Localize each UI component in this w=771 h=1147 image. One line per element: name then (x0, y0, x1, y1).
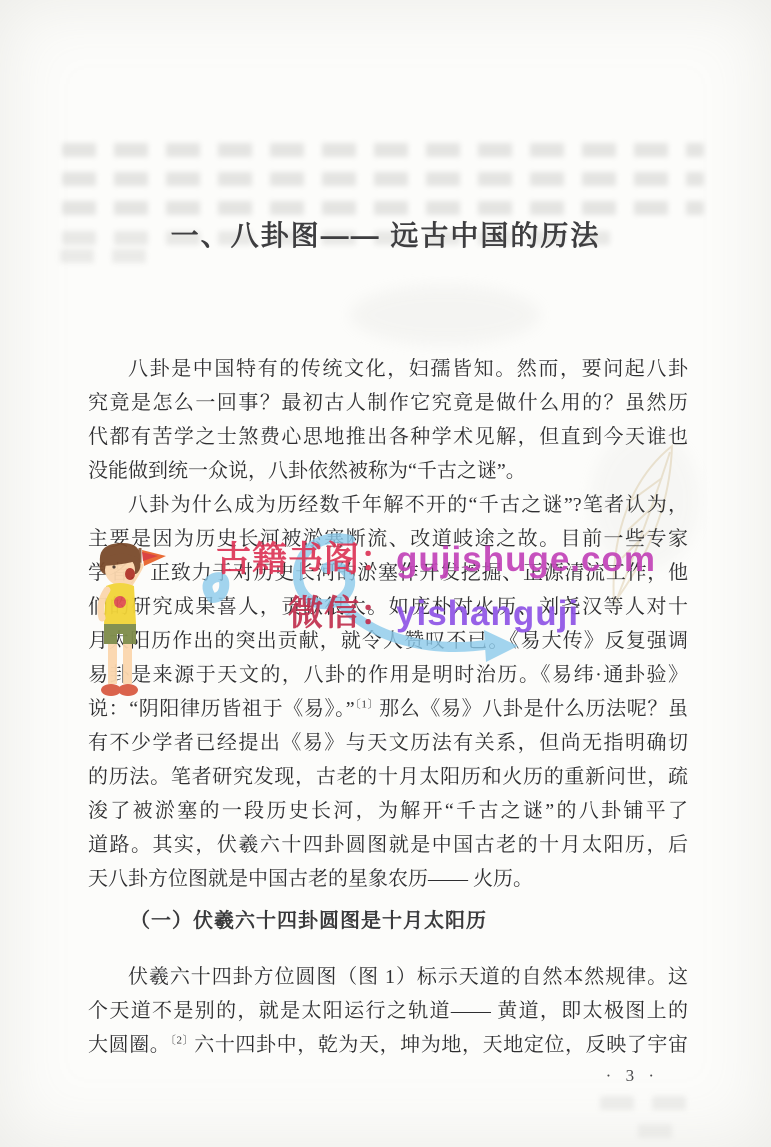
text-segment: 究竟是怎么一回事？最初古人制作它究竟是做什么用的？虽然历 (88, 392, 688, 414)
footnote-marker: 〔1〕 (355, 698, 380, 710)
scanned-book-page: 一、八卦图—— 远古中国的历法 八卦是中国特有的传统文化，妇孺皆知。然而，要问起… (0, 0, 771, 1147)
text-segment: 伏羲六十四卦方位圆图（图 1）标示天道的自然本然规律。这 (128, 966, 688, 988)
text-segment: 主要是因为历史长河被淤塞断流、改道岐途之故。目前一些专家 (88, 528, 688, 550)
bleedthrough-row (62, 172, 704, 186)
text-segment: 的历法。笔者研究发现，古老的十月太阳历和火历的重新问世，疏 (88, 766, 688, 788)
body-paragraphs-top: 八卦是中国特有的传统文化，妇孺皆知。然而，要问起八卦究竟是怎么一回事？最初古人制… (88, 352, 688, 896)
text-line: 主要是因为历史长河被淤塞断流、改道岐途之故。目前一些专家 (88, 522, 688, 556)
article-body: 八卦是中国特有的传统文化，妇孺皆知。然而，要问起八卦究竟是怎么一回事？最初古人制… (88, 352, 688, 1062)
text-segment: 天八卦方位图就是中国古老的星象农历—— 火历。 (88, 868, 533, 890)
text-segment: 代都有苦学之士煞费心思地推出各种学术见解，但直到今天谁也 (88, 426, 688, 448)
bleedthrough-row (62, 143, 704, 157)
footnote-marker: 〔2〕 (170, 1034, 194, 1046)
text-segment: 八卦为什么成为历经数千年解不开的“千古之谜”?笔者认为， (128, 494, 688, 516)
text-segment: 那么《易》八卦是什么历法呢？虽 (379, 698, 688, 720)
text-line: 月太阳历作出的突出贡献，就令人赞叹不已。《易大传》反复强调 (88, 624, 688, 658)
paragraph: 八卦是中国特有的传统文化，妇孺皆知。然而，要问起八卦究竟是怎么一回事？最初古人制… (88, 352, 688, 488)
text-line: 道路。其实，伏羲六十四卦圆图就是中国古老的十月太阳历，后 (88, 828, 688, 862)
paragraph: 八卦为什么成为历经数千年解不开的“千古之谜”?笔者认为，主要是因为历史长河被淤塞… (88, 488, 688, 896)
text-segment: 有不少学者已经提出《易》与天文历法有关系，但尚无指明确切 (88, 732, 688, 754)
text-line: 没能做到统一众说，八卦依然被称为“千古之谜”。 (88, 454, 688, 488)
page-number: · 3 · (606, 1066, 659, 1086)
text-line: 易卦是来源于天文的，八卦的作用是明时治历。《易纬·通卦验》 (88, 658, 688, 692)
text-segment: 说：“阴阳律历皆祖于《易》。” (88, 698, 355, 720)
text-line: 说：“阴阳律历皆祖于《易》。”〔1〕那么《易》八卦是什么历法呢？虽 (88, 692, 688, 726)
body-paragraphs-bottom: 伏羲六十四卦方位圆图（图 1）标示天道的自然本然规律。这个天道不是别的，就是太阳… (88, 960, 688, 1062)
bleedthrough-row (62, 201, 704, 215)
scan-smudge (350, 285, 540, 345)
section-heading: （一）伏羲六十四卦圆图是十月太阳历 (88, 906, 688, 936)
text-segment: 们的研究成果喜人，贡献很大。如庞朴对火历、刘尧汉等人对十 (88, 596, 688, 618)
text-line: 代都有苦学之士煞费心思地推出各种学术见解，但直到今天谁也 (88, 420, 688, 454)
text-line: 八卦是中国特有的传统文化，妇孺皆知。然而，要问起八卦 (88, 352, 688, 386)
text-line: 八卦为什么成为历经数千年解不开的“千古之谜”?笔者认为， (88, 488, 688, 522)
text-line: 有不少学者已经提出《易》与天文历法有关系，但尚无指明确切 (88, 726, 688, 760)
text-segment: 个天道不是别的，就是太阳运行之轨道—— 黄道，即太极图上的 (88, 1000, 688, 1022)
text-segment: 浚了被淤塞的一段历史长河，为解开“千古之谜”的八卦铺平了 (88, 800, 688, 822)
text-segment: 易卦是来源于天文的，八卦的作用是明时治历。《易纬·通卦验》 (88, 664, 688, 686)
text-segment: 六十四卦中，乾为天，坤为地，天地定位，反映了宇宙 (194, 1034, 688, 1056)
text-line: 伏羲六十四卦方位圆图（图 1）标示天道的自然本然规律。这 (88, 960, 688, 994)
text-line: 学者，正致力于对历史长河的淤塞作开发挖掘、正源清流工作，他 (88, 556, 688, 590)
text-line: 们的研究成果喜人，贡献很大。如庞朴对火历、刘尧汉等人对十 (88, 590, 688, 624)
text-segment: 道路。其实，伏羲六十四卦圆图就是中国古老的十月太阳历，后 (88, 834, 688, 856)
text-segment: 大圆圈。 (88, 1034, 170, 1056)
text-line: 大圆圈。〔2〕六十四卦中，乾为天，坤为地，天地定位，反映了宇宙 (88, 1028, 688, 1062)
paragraph: 伏羲六十四卦方位圆图（图 1）标示天道的自然本然规律。这个天道不是别的，就是太阳… (88, 960, 688, 1062)
text-segment: 没能做到统一众说，八卦依然被称为“千古之谜”。 (88, 460, 526, 482)
text-line: 个天道不是别的，就是太阳运行之轨道—— 黄道，即太极图上的 (88, 994, 688, 1028)
text-line: 浚了被淤塞的一段历史长河，为解开“千古之谜”的八卦铺平了 (88, 794, 688, 828)
text-segment: 月太阳历作出的突出贡献，就令人赞叹不已。《易大传》反复强调 (88, 630, 688, 652)
bleedthrough-row (638, 1124, 678, 1138)
text-line: 天八卦方位图就是中国古老的星象农历—— 火历。 (88, 862, 688, 896)
text-line: 的历法。笔者研究发现，古老的十月太阳历和火历的重新问世，疏 (88, 760, 688, 794)
bleedthrough-row (600, 1096, 692, 1110)
text-line: 究竟是怎么一回事？最初古人制作它究竟是做什么用的？虽然历 (88, 386, 688, 420)
chapter-title: 一、八卦图—— 远古中国的历法 (0, 214, 771, 254)
text-segment: 八卦是中国特有的传统文化，妇孺皆知。然而，要问起八卦 (128, 358, 688, 380)
text-segment: 学者，正致力于对历史长河的淤塞作开发挖掘、正源清流工作，他 (88, 562, 688, 584)
